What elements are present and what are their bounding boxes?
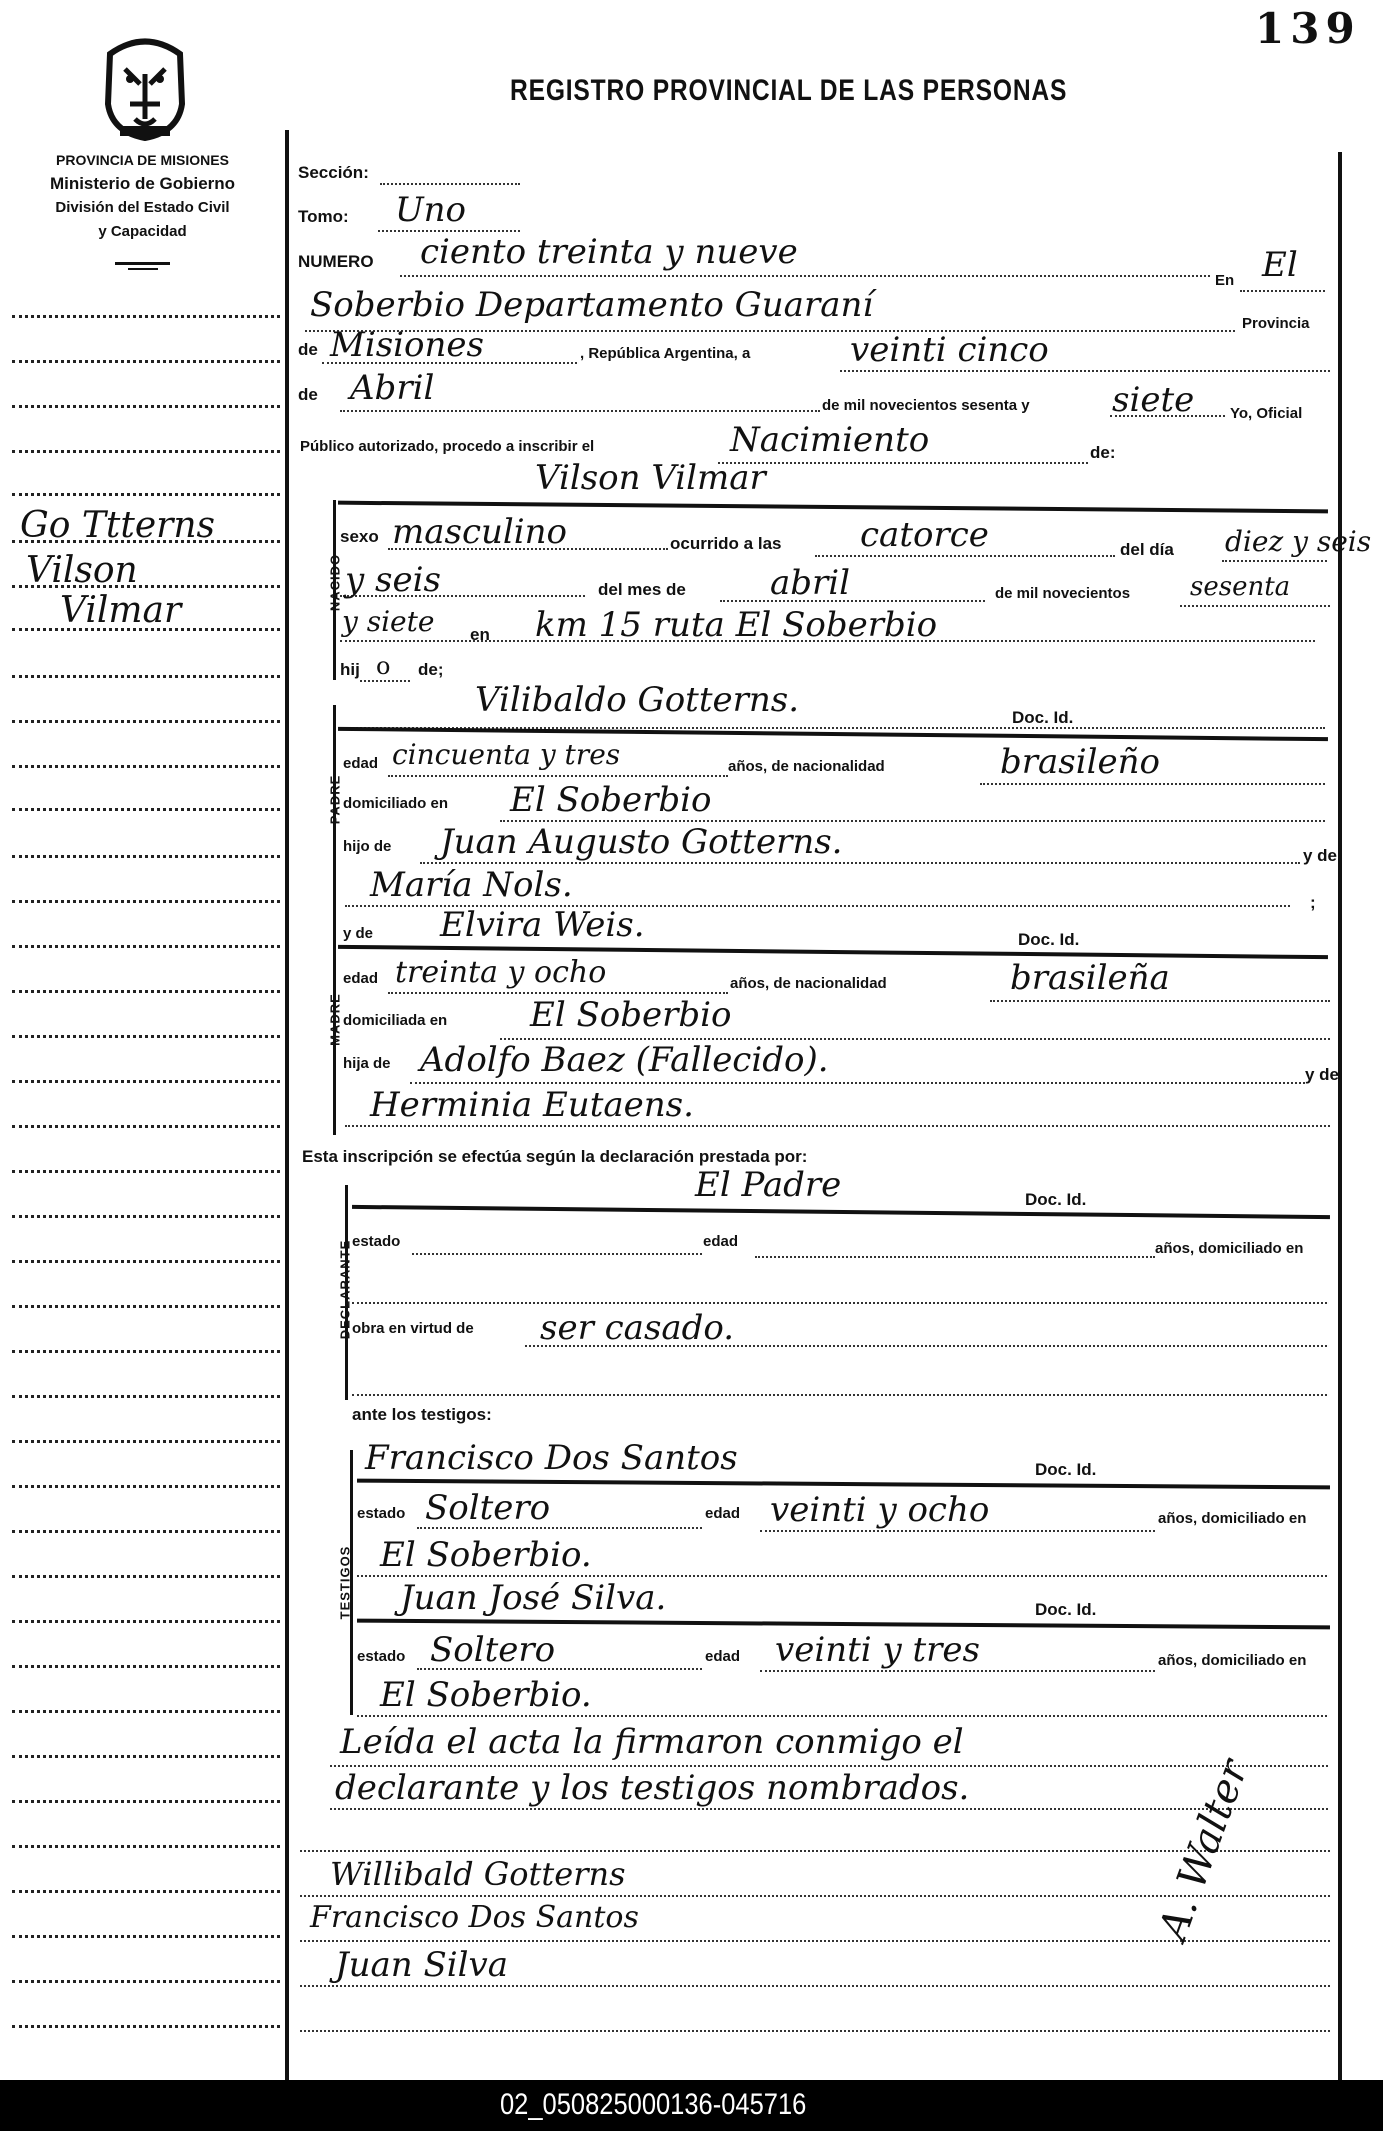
provincia-value[interactable]: Misiones [330, 325, 484, 365]
declarante-obra-label: obra en virtud de [352, 1320, 474, 1337]
madre-domicilio-value[interactable]: El Soberbio [530, 995, 732, 1035]
testigo-1-domicilio-label: años, domiciliado en [1158, 1510, 1306, 1527]
provincia-label: Provincia [1242, 315, 1310, 332]
tomo-value[interactable]: Uno [395, 190, 466, 230]
madre-nacionalidad-label: años, de nacionalidad [730, 975, 887, 992]
margin-line [12, 1890, 280, 1893]
padre-edad-field-line [388, 775, 728, 777]
anio-value[interactable]: sesenta [1190, 572, 1290, 602]
padre-doc-label: Doc. Id. [1012, 708, 1073, 728]
signature-testigo-2: Juan Silva [335, 1945, 508, 1985]
margin-line [12, 1125, 280, 1128]
declarante-estado-label: estado [352, 1233, 400, 1250]
testigo-2-edad-label: edad [705, 1648, 740, 1665]
margin-line [12, 1170, 280, 1173]
declarante-domicilio-field[interactable] [352, 1302, 1327, 1304]
dia-value[interactable]: diez y seis [1225, 525, 1371, 558]
margin-line [12, 1755, 280, 1758]
acto-value[interactable]: Nacimiento [730, 420, 929, 460]
testigo-2-name-value[interactable]: Juan José Silva. [400, 1578, 666, 1618]
month-value[interactable]: Abril [350, 368, 434, 408]
oficial-label: Yo, Oficial [1230, 405, 1302, 422]
closing-line-2: declarante y los testigos nombrados. [335, 1768, 969, 1808]
signature-testigo-1: Francisco Dos Santos [310, 1900, 639, 1935]
madre-doc-label: Doc. Id. [1018, 930, 1079, 950]
anio-label: de mil novecientos [995, 585, 1130, 602]
issuer-division: División del Estado Civil [0, 196, 285, 220]
madre-padre-value[interactable]: Adolfo Baez (Fallecido). [420, 1040, 829, 1080]
testigos-section-label: TESTIGOS [338, 1523, 353, 1643]
en-label: En [1215, 272, 1234, 289]
testigo-2-estado-value[interactable]: Soltero [430, 1630, 555, 1670]
padre-edad-value[interactable]: cincuenta y tres [392, 738, 620, 771]
mes-field-line [720, 600, 985, 602]
testigo-1-domicilio-field-line [357, 1575, 1327, 1577]
padre-domicilio-label: domiciliado en [343, 795, 448, 812]
anio-value-cont[interactable]: y siete [342, 605, 434, 638]
en-label-nacido: en [470, 625, 490, 645]
padre-y-de-label: y de [1303, 846, 1337, 866]
margin-line [12, 1800, 280, 1803]
testigo-2-domicilio-value[interactable]: El Soberbio. [380, 1675, 592, 1715]
right-frame-line [1338, 152, 1342, 2080]
padre-padre-field-line [420, 862, 1300, 864]
hijo-label: hij [340, 660, 360, 680]
month-field-line [340, 410, 820, 412]
declarante-doc-label: Doc. Id. [1025, 1190, 1086, 1210]
madre-nacionalidad-field-line [990, 1000, 1330, 1002]
header-rule [115, 262, 170, 265]
margin-line [12, 900, 280, 903]
provincia-de-label: de [298, 340, 318, 360]
seccion-label: Sección: [298, 163, 369, 183]
testigo-2-estado-label: estado [357, 1648, 405, 1665]
madre-madre-value[interactable]: Herminia Eutaens. [370, 1085, 694, 1125]
padre-nacionalidad-field-line [980, 783, 1325, 785]
header-rule-short [128, 268, 158, 270]
birth-certificate-page: 139 REGISTRO PROVINCIAL DE LAS PERSONAS … [0, 0, 1383, 2080]
sexo-label: sexo [340, 527, 379, 547]
signature-line [300, 2030, 1330, 2032]
en-field-line [1240, 290, 1325, 292]
dia-field-line [1222, 560, 1327, 562]
testigo-2-domicilio-label: años, domiciliado en [1158, 1652, 1306, 1669]
declarante-domicilio-label: años, domiciliado en [1155, 1240, 1303, 1257]
declarante-obra-value[interactable]: ser casado. [540, 1308, 734, 1348]
numero-label: NUMERO [298, 252, 374, 272]
margin-line [12, 1845, 280, 1848]
madre-padre-field-line [410, 1082, 1305, 1084]
madre-y-de-label: y de [343, 925, 373, 942]
madre-domicilio-label: domiciliada en [343, 1012, 447, 1029]
acto-de-label: de: [1090, 443, 1116, 463]
declarante-name-value[interactable]: El Padre [695, 1165, 841, 1205]
province-crest-icon [90, 34, 200, 144]
signature-line [300, 1850, 1330, 1852]
declarante-edad-label: edad [703, 1233, 738, 1250]
padre-padre-value[interactable]: Juan Augusto Gotterns. [440, 822, 843, 862]
margin-line [12, 450, 280, 453]
padre-madre-value[interactable]: María Nols. [370, 865, 573, 905]
margin-line [12, 2025, 280, 2028]
padre-nacionalidad-label: años, de nacionalidad [728, 758, 885, 775]
margin-line [12, 315, 280, 318]
madre-edad-value[interactable]: treinta y ocho [395, 955, 606, 990]
padre-edad-label: edad [343, 755, 378, 772]
mes-label: del mes de [598, 580, 686, 600]
margin-line [12, 1215, 280, 1218]
testigo-1-edad-field-line [760, 1530, 1155, 1532]
testigo-2-name-rule [357, 1619, 1330, 1630]
margin-line [12, 1620, 280, 1623]
margin-line [12, 990, 280, 993]
republica-label: , República Argentina, a [580, 345, 750, 362]
dia-label: del día [1120, 540, 1174, 560]
margin-note-surname: Go Ttterns [20, 505, 215, 546]
margin-line [12, 1350, 280, 1353]
declarante-name-rule [352, 1205, 1330, 1219]
testigo-1-estado-value[interactable]: Soltero [425, 1488, 550, 1528]
nacido-section-label: NACIDO [328, 538, 343, 628]
hora-field-line [815, 555, 1115, 557]
testigo-2-doc-label: Doc. Id. [1035, 1600, 1096, 1620]
margin-line [12, 1935, 280, 1938]
margin-note-second-name: Vilmar [60, 590, 181, 631]
year-value[interactable]: siete [1112, 380, 1194, 420]
margin-line [12, 1665, 280, 1668]
margin-line [12, 1260, 280, 1263]
testigo-1-edad-value[interactable]: veinti y ocho [770, 1490, 989, 1530]
left-frame-line [285, 130, 289, 2080]
publico-label: Público autorizado, procedo a inscribir … [300, 438, 594, 455]
issuer-capacity: y Capacidad [0, 220, 285, 244]
testigo-1-estado-label: estado [357, 1505, 405, 1522]
margin-line [12, 1485, 280, 1488]
margin-line [12, 1575, 280, 1578]
padre-nacionalidad-value[interactable]: brasileño [1000, 742, 1160, 782]
testigos-intro-label: ante los testigos: [352, 1405, 492, 1425]
hora-value[interactable]: catorce [860, 515, 989, 555]
day-value[interactable]: veinti cinco [850, 330, 1049, 370]
numero-value[interactable]: ciento treinta y nueve [420, 232, 798, 272]
signature-line [300, 1985, 1330, 1987]
signature-declarante: Willibald Gotterns [330, 1855, 626, 1893]
month-de-label: de [298, 385, 318, 405]
hijo-de-label: de; [418, 660, 444, 680]
issuer-ministry: Ministerio de Gobierno [0, 172, 285, 196]
margin-line [12, 1080, 280, 1083]
sexo-value[interactable]: masculino [392, 512, 567, 552]
testigo-2-edad-field-line [760, 1670, 1155, 1672]
place-value[interactable]: Soberbio Departamento Guaraní [310, 285, 873, 325]
declarante-estado-field[interactable] [412, 1253, 702, 1255]
testigo-1-doc-label: Doc. Id. [1035, 1460, 1096, 1480]
year-label: de mil novecientos sesenta y [822, 397, 1030, 414]
en-value[interactable]: El [1262, 245, 1298, 285]
margin-line [12, 1395, 280, 1398]
closing-line-1: Leída el acta la firmaron conmigo el [340, 1722, 964, 1762]
margin-line [12, 405, 280, 408]
declarante-intro-label: Esta inscripción se efectúa según la dec… [302, 1147, 807, 1167]
mes-value[interactable]: abril [770, 563, 850, 603]
margin-line [12, 1980, 280, 1983]
margin-note-first-name: Vilson [26, 550, 138, 591]
ocurrido-label: ocurrido a las [670, 534, 781, 554]
signature-line [300, 1940, 1330, 1942]
issuer-province: PROVINCIA DE MISIONES [0, 148, 285, 172]
margin-line [12, 945, 280, 948]
padre-semicolon: ; [1310, 893, 1316, 913]
madre-section-label: MADRE [328, 975, 343, 1065]
tomo-label: Tomo: [298, 207, 349, 227]
padre-domicilio-value[interactable]: El Soberbio [510, 780, 712, 820]
margin-line [12, 493, 280, 496]
testigo-2-domicilio-field-line [357, 1715, 1327, 1717]
page-number: 139 [1255, 4, 1361, 53]
madre-nacionalidad-value[interactable]: brasileña [1010, 958, 1170, 998]
margin-line [12, 1530, 280, 1533]
margin-line [12, 855, 280, 858]
closing-line-1-rule [330, 1765, 1328, 1767]
day-field-line [840, 370, 1330, 372]
margin-line [12, 1305, 280, 1308]
nacido-name-value[interactable]: Vilson Vilmar [535, 458, 766, 498]
image-code: 02_050825000136-045716 [500, 2088, 806, 2122]
margin-line [12, 1710, 280, 1713]
anio-field-line [1180, 605, 1330, 607]
numero-field-line [400, 275, 1210, 277]
madre-edad-label: edad [343, 970, 378, 987]
madre-y-de-label2: y de [1305, 1065, 1339, 1085]
margin-line [12, 675, 280, 678]
margin-line [12, 720, 280, 723]
seccion-field[interactable] [380, 183, 520, 185]
margin-line [12, 765, 280, 768]
closing-line-2-rule [330, 1808, 1328, 1810]
declarante-extra-line [352, 1394, 1327, 1396]
document-title: REGISTRO PROVINCIAL DE LAS PERSONAS [510, 74, 1067, 108]
madre-edad-field-line [388, 992, 728, 994]
madre-madre-field-line [345, 1125, 1330, 1127]
dia-value-cont[interactable]: y seis [345, 560, 441, 600]
hijo-field-line [360, 680, 410, 682]
issuer-block: PROVINCIA DE MISIONES Ministerio de Gobi… [0, 148, 285, 244]
testigo-1-name-value[interactable]: Francisco Dos Santos [365, 1438, 738, 1478]
margin-line [12, 360, 280, 363]
acto-field-line [718, 462, 1088, 464]
testigo-2-edad-value[interactable]: veinti y tres [775, 1630, 980, 1670]
margin-line [12, 1440, 280, 1443]
margin-line [12, 808, 280, 811]
margin-line [12, 1035, 280, 1038]
padre-name-value[interactable]: Vilibaldo Gotterns. [475, 680, 799, 720]
testigo-1-domicilio-value[interactable]: El Soberbio. [380, 1535, 592, 1575]
madre-name-value[interactable]: Elvira Weis. [440, 905, 645, 945]
declarante-section-label: DECLARANTE [338, 1230, 353, 1350]
padre-section-label: PADRE [328, 755, 343, 845]
hijo-value[interactable]: o [376, 652, 390, 680]
lugar-value[interactable]: km 15 ruta El Soberbio [535, 605, 937, 645]
padre-hijo-de-label: hijo de [343, 838, 391, 855]
testigo-1-edad-label: edad [705, 1505, 740, 1522]
declarante-edad-field[interactable] [755, 1256, 1155, 1258]
madre-hija-de-label: hija de [343, 1055, 391, 1072]
